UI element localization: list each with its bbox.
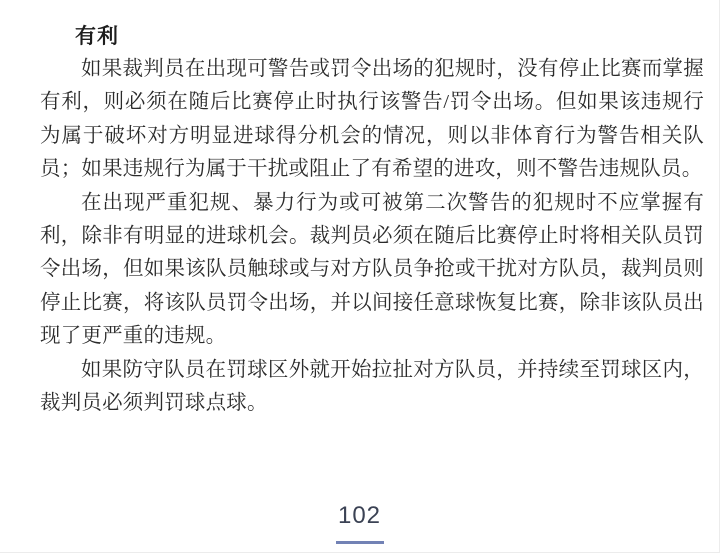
section-heading: 有利 [75, 20, 704, 53]
page-number: 102 [0, 502, 719, 530]
text-block: 有利 如果裁判员在出现可警告或罚令出场的犯规时，没有停止比赛而掌握有利，则必须在… [40, 20, 704, 420]
paragraph-serious-foul: 在出现严重犯规、暴力行为或可被第二次警告的犯规时不应掌握有利，除非有明显的进球机… [40, 187, 704, 354]
paragraph-holding-offence: 如果防守队员在罚球区外就开始拉扯对方队员，并持续至罚球区内，裁判员必须判罚球点球… [40, 354, 704, 421]
document-page: 有利 如果裁判员在出现可警告或罚令出场的犯规时，没有停止比赛而掌握有利，则必须在… [0, 0, 720, 553]
page-number-underline [336, 541, 384, 544]
paragraph-advantage-caution: 如果裁判员在出现可警告或罚令出场的犯规时，没有停止比赛而掌握有利，则必须在随后比… [40, 53, 704, 187]
